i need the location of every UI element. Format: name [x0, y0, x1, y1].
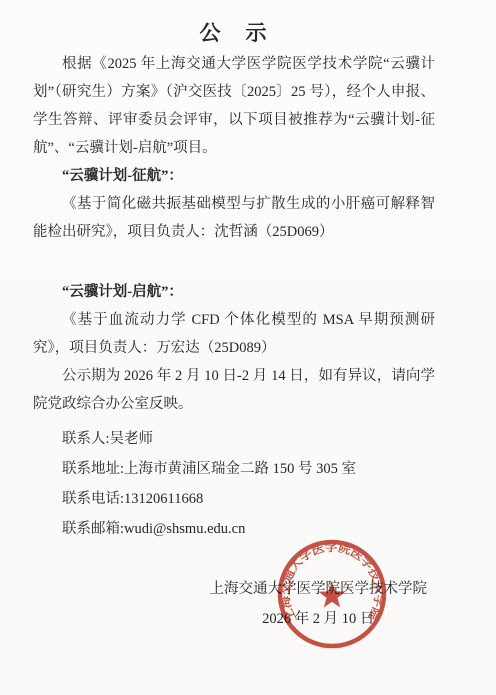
contact-person: 联系人:吴老师	[33, 424, 435, 454]
blank-line	[33, 246, 435, 274]
section2-heading: “云骥计划-启航”：	[33, 278, 435, 306]
document-title: 公 示	[33, 18, 435, 48]
signature-date: 2026 年 2 月 10 日	[210, 604, 428, 634]
signature-block: 上海交通大学医学院医学技术学院 2026 年 2 月 10 日	[210, 574, 428, 634]
contact-address: 联系地址:上海市黄浦区瑞金二路 150 号 305 室	[33, 454, 435, 484]
contact-phone: 联系电话:13120611668	[33, 484, 435, 514]
signature-organization: 上海交通大学医学院医学技术学院	[210, 574, 428, 604]
section1-project: 《基于简化磁共振基础模型与扩散生成的小肝癌可解释智能检出研究》，项目负责人：沈哲…	[33, 190, 435, 246]
intro-paragraph: 根据《2025 年上海交通大学医学院医学技术学院“云骥计划”（研究生）方案》（沪…	[33, 50, 435, 162]
section2-project: 《基于血流动力学 CFD 个体化模型的 MSA 早期预测研究》，项目负责人：万宏…	[33, 306, 435, 362]
contact-email: 联系邮箱:wudi@shsmu.edu.cn	[33, 514, 435, 544]
notice-period-paragraph: 公示期为 2026 年 2 月 10 日-2 月 14 日，如有异议，请向学院党…	[33, 362, 435, 418]
contact-block: 联系人:吴老师 联系地址:上海市黄浦区瑞金二路 150 号 305 室 联系电话…	[33, 424, 435, 544]
document-body: 公 示 根据《2025 年上海交通大学医学院医学技术学院“云骥计划”（研究生）方…	[33, 18, 435, 544]
announcement-page: 公 示 根据《2025 年上海交通大学医学院医学技术学院“云骥计划”（研究生）方…	[0, 0, 496, 695]
section1-heading: “云骥计划-征航”：	[33, 162, 435, 190]
